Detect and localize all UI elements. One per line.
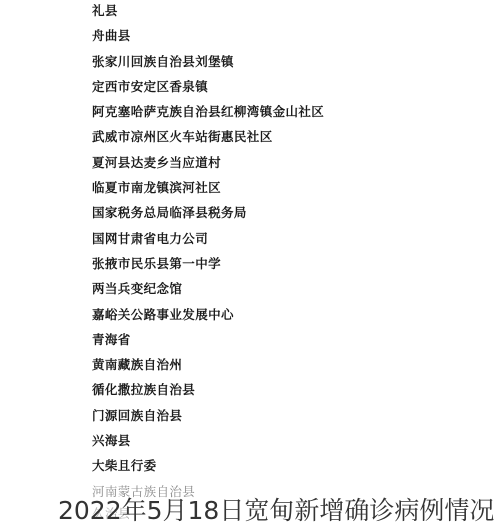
page-caption: 2022年5月18日宽甸新增确诊病例情况 [58,496,494,525]
list-item: 礼县 [92,0,324,23]
list-item: 临夏市南龙镇滨河社区 [92,175,324,200]
list-item: 大柴且行委 [92,453,324,478]
list-item: 阿克塞哈萨克族自治县红柳湾镇金山社区 [92,99,324,124]
list-item: 门源回族自治县 [92,403,324,428]
list-item: 定西市安定区香泉镇 [92,74,324,99]
list-item: 张掖市民乐县第一中学 [92,251,324,276]
list-item: 国网甘肃省电力公司 [92,226,324,251]
list-item: 武威市凉州区火车站街惠民社区 [92,124,324,149]
list-item: 循化撒拉族自治县 [92,377,324,402]
list-item: 夏河县达麦乡当应道村 [92,150,324,175]
list-item: 青海省 [92,327,324,352]
list-item: 嘉峪关公路事业发展中心 [92,302,324,327]
list-item: 舟曲县 [92,23,324,48]
list-item: 两当兵变纪念馆 [92,276,324,301]
list-item: 兴海县 [92,428,324,453]
list-item: 黄南藏族自治州 [92,352,324,377]
list-item: 张家川回族自治县刘堡镇 [92,49,324,74]
region-list: 礼县 舟曲县 张家川回族自治县刘堡镇 定西市安定区香泉镇 阿克塞哈萨克族自治县红… [92,0,324,504]
list-item: 国家税务总局临泽县税务局 [92,200,324,225]
